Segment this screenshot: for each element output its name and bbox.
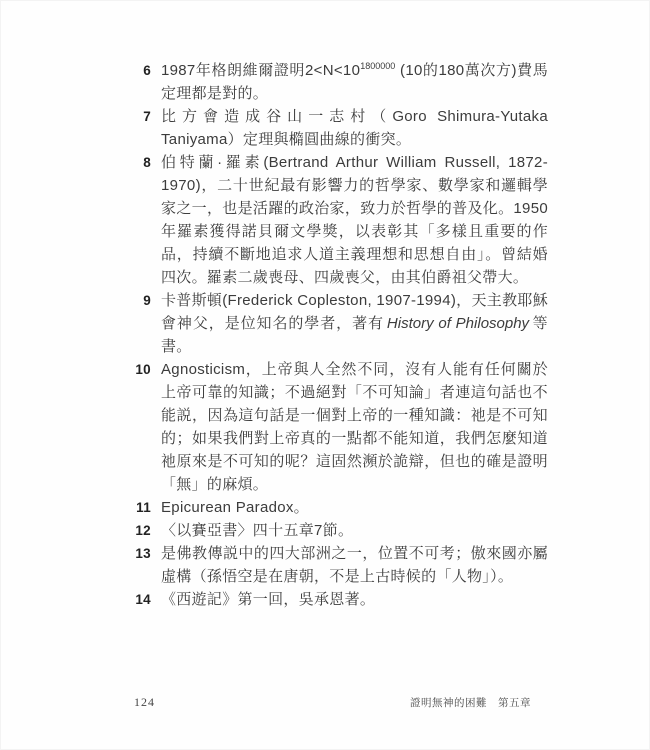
- endnote-item-13: 13是佛教傳説中的四大部洲之一，位置不可考；傲來國亦屬虛構（孫悟空是在唐朝，不是…: [134, 542, 548, 588]
- endnote-item-14: 14《西遊記》第一回，吳承恩著。: [134, 588, 548, 611]
- endnote-text: 〈以賽亞書〉四十五章7節。: [161, 522, 353, 539]
- endnote-number: 13: [134, 542, 151, 565]
- endnote-item-12: 12〈以賽亞書〉四十五章7節。: [134, 519, 548, 542]
- endnote-number: 14: [134, 588, 151, 611]
- endnote-item-8: 8伯特蘭·羅素(Bertrand Arthur William Russell,…: [134, 151, 548, 289]
- endnote-item-11: 11Epicurean Paradox。: [134, 496, 548, 519]
- endnote-number: 6: [134, 59, 151, 82]
- endnotes-section: 61987年格朗維爾證明2<N<101800000 (10的180萬次方)費馬定…: [134, 59, 548, 611]
- endnote-number: 9: [134, 289, 151, 312]
- endnotes-list: 61987年格朗維爾證明2<N<101800000 (10的180萬次方)費馬定…: [134, 59, 548, 611]
- page-footer: 124 證明無神的困難 第五章: [134, 695, 531, 710]
- endnote-text: 伯特蘭·羅素(Bertrand Arthur William Russell, …: [161, 154, 548, 286]
- endnote-text: 1987年格朗維爾證明2<N<101800000 (10的180萬次方)費馬定理…: [161, 62, 548, 102]
- page-number: 124: [134, 695, 155, 710]
- endnote-number: 10: [134, 358, 151, 381]
- endnote-text: Epicurean Paradox。: [161, 499, 309, 516]
- endnote-item-6: 61987年格朗維爾證明2<N<101800000 (10的180萬次方)費馬定…: [134, 59, 548, 105]
- endnote-text: 卡普斯頓(Frederick Copleston, 1907-1994)，天主教…: [161, 292, 548, 355]
- endnote-number: 12: [134, 519, 151, 542]
- endnote-item-10: 10Agnosticism，上帝與人全然不同，沒有人能有任何關於上帝可靠的知識；…: [134, 358, 548, 496]
- endnote-number: 11: [134, 496, 151, 519]
- endnote-text: 是佛教傳説中的四大部洲之一，位置不可考；傲來國亦屬虛構（孫悟空是在唐朝，不是上古…: [161, 545, 548, 585]
- endnote-number: 8: [134, 151, 151, 174]
- endnote-item-9: 9卡普斯頓(Frederick Copleston, 1907-1994)，天主…: [134, 289, 548, 358]
- endnote-item-7: 7比方會造成谷山一志村（Goro Shimura-Yutaka Taniyama…: [134, 105, 548, 151]
- endnote-text: Agnosticism，上帝與人全然不同，沒有人能有任何關於上帝可靠的知識；不過…: [161, 361, 548, 493]
- running-title: 證明無神的困難 第五章: [410, 695, 531, 710]
- endnote-text: 比方會造成谷山一志村（Goro Shimura-Yutaka Taniyama）…: [161, 108, 548, 148]
- endnote-text: 《西遊記》第一回，吳承恩著。: [161, 591, 375, 608]
- book-page: 61987年格朗維爾證明2<N<101800000 (10的180萬次方)費馬定…: [0, 0, 650, 750]
- endnote-number: 7: [134, 105, 151, 128]
